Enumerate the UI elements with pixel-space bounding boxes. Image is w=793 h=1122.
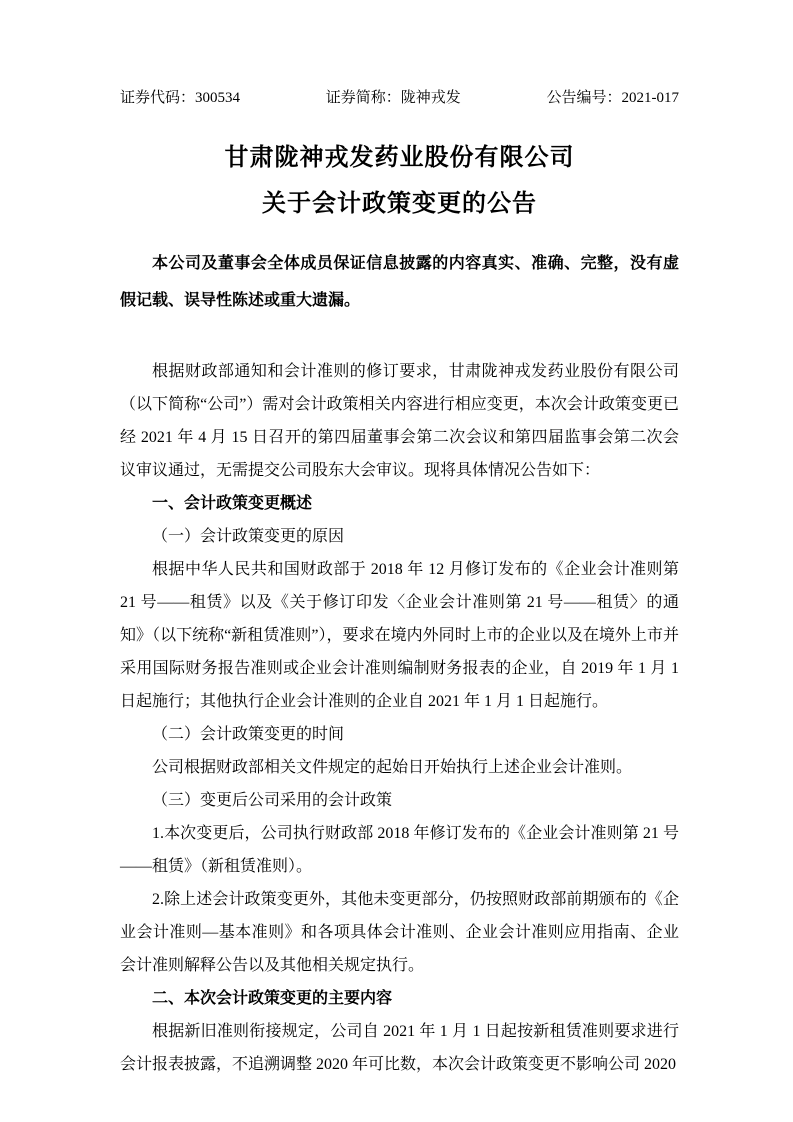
body-paragraph: 2.除上述会计政策变更外，其他未变更部分，仍按照财政部前期颁布的《企业会计准则—… [120,883,679,982]
body-paragraph: 1.本次变更后，公司执行财政部 2018 年修订发布的《企业会计准则第 21 号… [120,817,679,883]
document-body: 根据财政部通知和会计准则的修订要求，甘肃陇神戎发药业股份有限公司（以下简称“公司… [120,355,679,1081]
section-heading: 二、本次会计政策变更的主要内容 [120,982,679,1015]
body-paragraph: 根据财政部通知和会计准则的修订要求，甘肃陇神戎发药业股份有限公司（以下简称“公司… [120,355,679,487]
company-name-title: 甘肃陇神戎发药业股份有限公司 [120,142,679,174]
document-header: 证券代码：300534 证券简称：陇神戎发 公告编号：2021-017 [120,88,679,108]
body-paragraph: 根据新旧准则衔接规定，公司自 2021 年 1 月 1 日起按新租赁准则要求进行… [120,1015,679,1081]
section-heading: 一、会计政策变更概述 [120,487,679,520]
body-paragraph: 公司根据财政部相关文件规定的起始日开始执行上述企业会计准则。 [120,751,679,784]
stock-code: 证券代码：300534 [120,88,240,108]
body-paragraph: 根据中华人民共和国财政部于 2018 年 12 月修订发布的《企业会计准则第 2… [120,553,679,718]
board-disclaimer-paragraph: 本公司及董事会全体成员保证信息披露的内容真实、准确、完整，没有虚假记载、误导性陈… [120,245,679,319]
body-paragraph: （一）会计政策变更的原因 [120,520,679,553]
announcement-page: 证券代码：300534 证券简称：陇神戎发 公告编号：2021-017 甘肃陇神… [0,0,793,1122]
stock-abbreviation: 证券简称：陇神戎发 [326,88,461,108]
body-paragraph: （三）变更后公司采用的会计政策 [120,784,679,817]
announcement-number: 公告编号：2021-017 [547,88,680,108]
announcement-subtitle: 关于会计政策变更的公告 [120,188,679,220]
body-paragraph: （二）会计政策变更的时间 [120,718,679,751]
